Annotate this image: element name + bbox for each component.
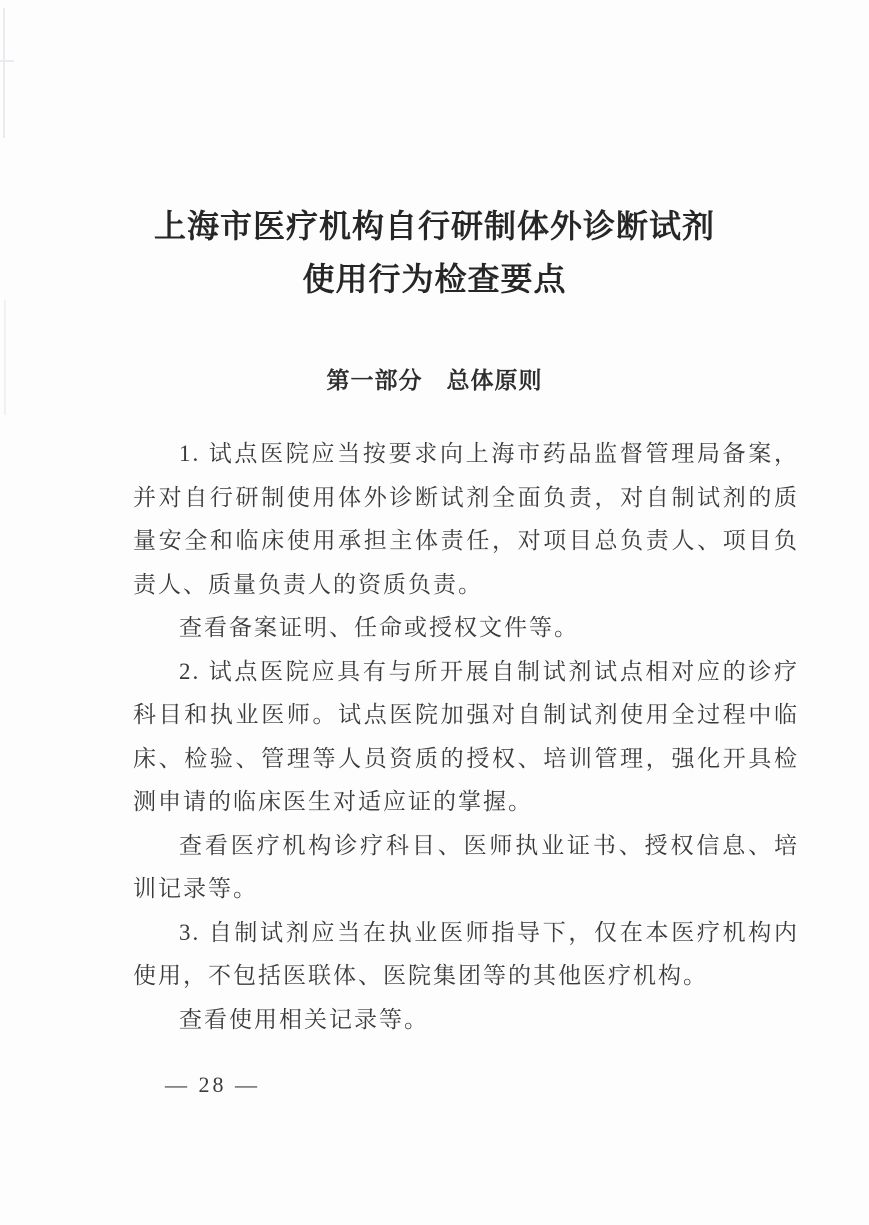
scan-edge-artifact: [0, 60, 14, 62]
check-note-1: 查看备案证明、任命或授权文件等。: [133, 606, 799, 650]
scan-edge-artifact: [4, 300, 6, 415]
scan-edge-artifact: [3, 8, 5, 138]
page-number: — 28 —: [165, 1072, 260, 1098]
document-body: 1. 试点医院应当按要求向上海市药品监督管理局备案，并对自行研制使用体外诊断试剂…: [133, 432, 799, 1041]
check-note-2: 查看医疗机构诊疗科目、医师执业证书、授权信息、培训记录等。: [133, 824, 799, 911]
paragraph-item-1: 1. 试点医院应当按要求向上海市药品监督管理局备案，并对自行研制使用体外诊断试剂…: [133, 432, 799, 606]
paragraph-item-3: 3. 自制试剂应当在执业医师指导下，仅在本医疗机构内使用，不包括医联体、医院集团…: [133, 911, 799, 998]
paragraph-item-2: 2. 试点医院应具有与所开展自制试剂试点相对应的诊疗科目和执业医师。试点医院加强…: [133, 650, 799, 824]
document-title-line-2: 使用行为检查要点: [0, 253, 869, 306]
document-title: 上海市医疗机构自行研制体外诊断试剂 使用行为检查要点: [0, 0, 869, 306]
check-note-3: 查看使用相关记录等。: [133, 998, 799, 1042]
section-heading: 第一部分 总体原则: [0, 366, 869, 394]
document-title-line-1: 上海市医疗机构自行研制体外诊断试剂: [0, 200, 869, 253]
scanned-document-page: 上海市医疗机构自行研制体外诊断试剂 使用行为检查要点 第一部分 总体原则 1. …: [0, 0, 869, 1225]
